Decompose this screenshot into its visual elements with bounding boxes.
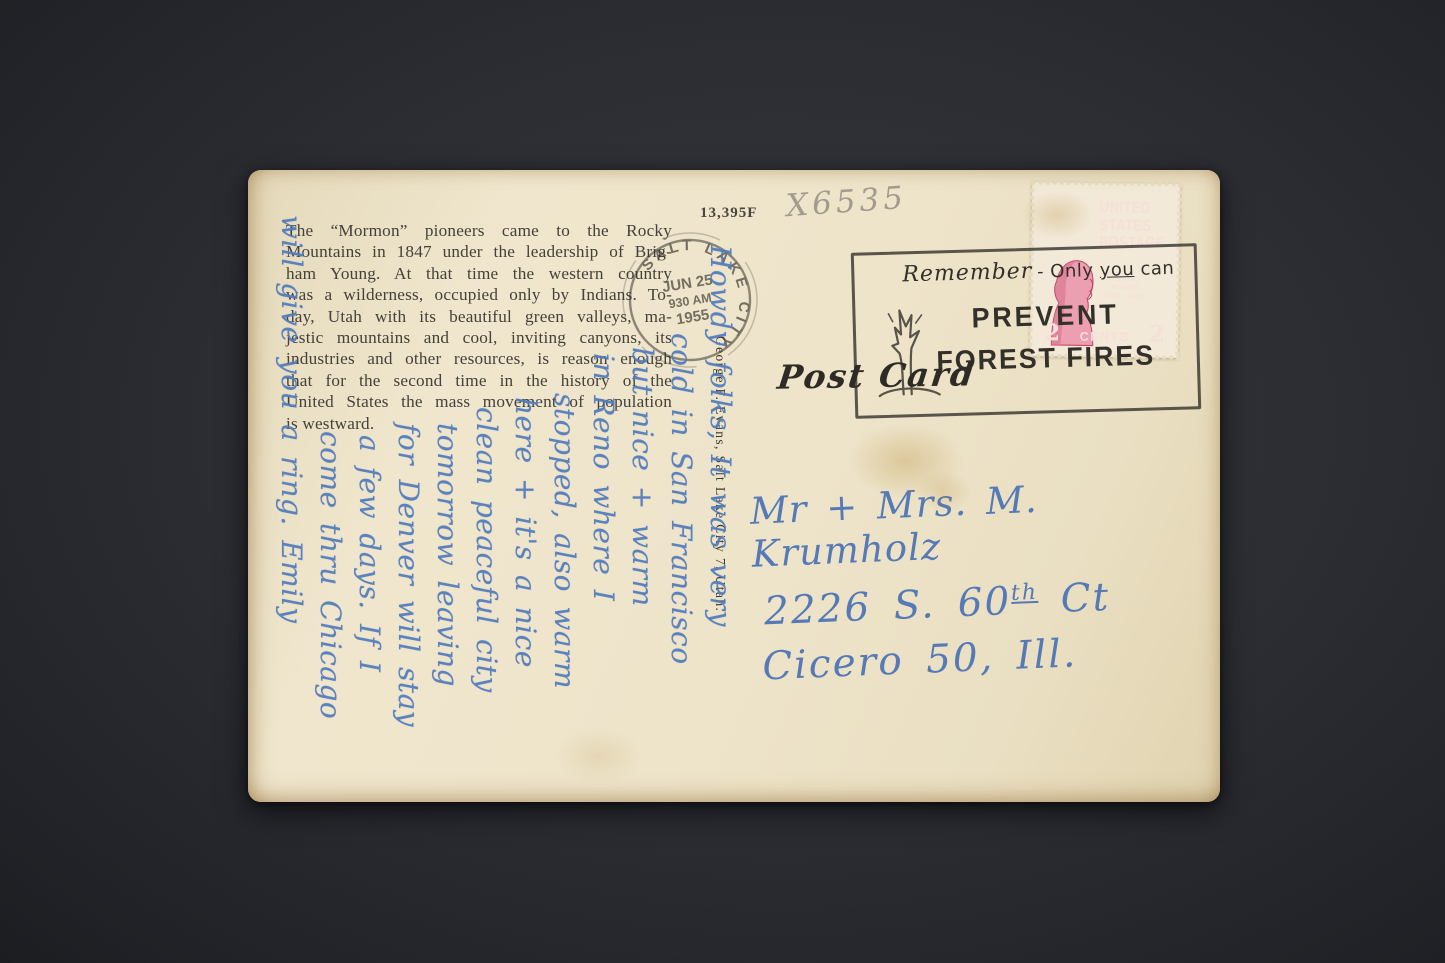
slogan-line1-underlined: you — [1099, 259, 1134, 281]
message-line: but nice + warm — [623, 235, 662, 795]
pencil-inventory-code: X6535 — [785, 180, 908, 224]
message-line: for Denver will stay — [389, 235, 428, 795]
handwritten-message: Howdy folks, It was very cold in San Fra… — [268, 235, 740, 795]
message-line: Howdy folks, It was very — [701, 235, 740, 795]
address-line2: 2226 S. 60th Ct — [763, 570, 1220, 634]
address-line1: Mr + Mrs. M. Krumholz — [749, 470, 1219, 575]
message-line: stopped, also warm — [545, 235, 584, 795]
postcard: The “Mormon” pioneers came to the Rocky … — [248, 170, 1220, 802]
address-line2-end: Ct — [1037, 575, 1111, 623]
message-line: in Reno where I — [584, 235, 623, 795]
message-line: clean peaceful city — [467, 235, 506, 795]
slogan-line1-mid: - Only — [1037, 260, 1100, 283]
address-line3: Cicero 50, Ill. — [762, 625, 1220, 689]
address-block: Mr + Mrs. M. Krumholz 2226 S. 60th Ct Ci… — [749, 470, 1220, 689]
slogan-remember: Remember — [902, 259, 1033, 288]
message-line: a few days. If I — [350, 235, 389, 795]
message-line: tomorrow leaving — [428, 235, 467, 795]
message-line: come thru Chicago — [311, 235, 350, 795]
slogan-line1-end: can — [1134, 258, 1175, 280]
address-line2-ordinal: th — [1010, 580, 1038, 606]
address-line2-start: 2226 S. 60 — [763, 579, 1012, 634]
post-card-label: Post Card — [775, 354, 978, 396]
slogan-line2: PREVENT — [932, 297, 1158, 335]
message-line: here + it's a nice — [506, 235, 545, 795]
slogan-line1: Remember - Only you can — [884, 254, 1193, 288]
stamp-perforation — [1030, 179, 1182, 188]
photo-background: The “Mormon” pioneers came to the Rocky … — [0, 0, 1445, 963]
stamp-country-line: UNITED — [1100, 199, 1166, 217]
message-line: will give you a ring. Emily — [272, 235, 311, 795]
message-line: cold in San Francisco — [662, 235, 701, 795]
